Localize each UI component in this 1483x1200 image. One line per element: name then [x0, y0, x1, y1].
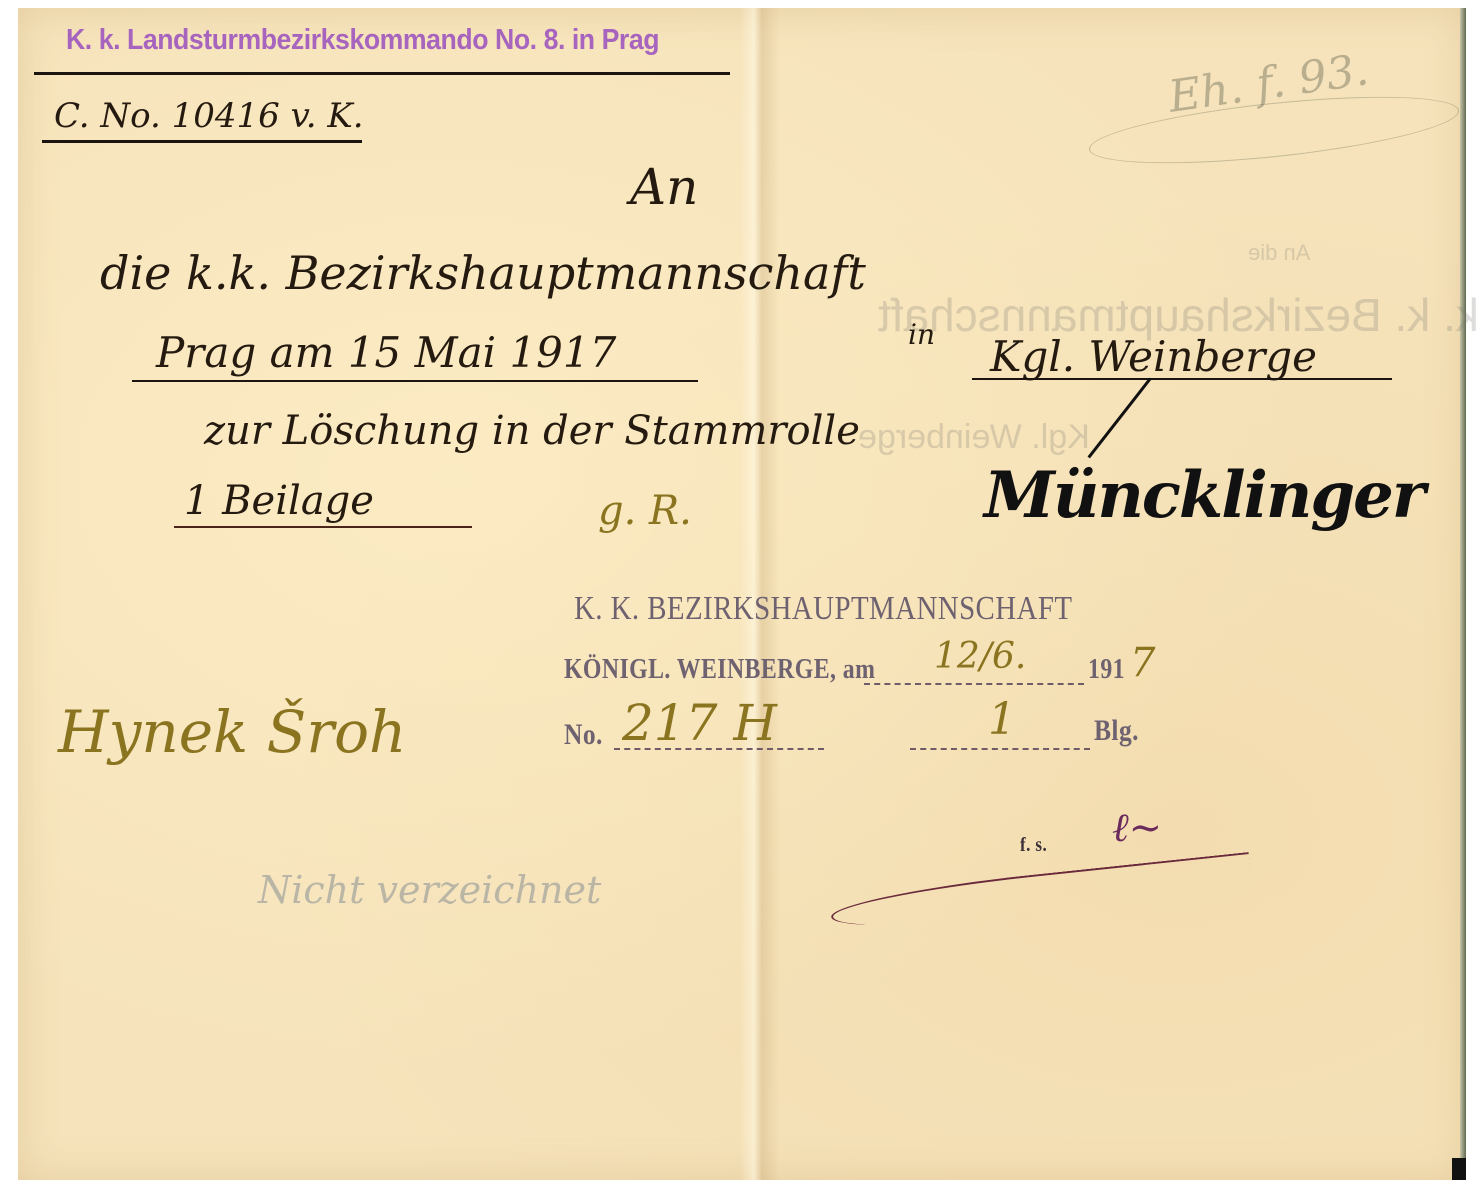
- attachment-underline: [174, 526, 472, 528]
- place: Kgl. Weinberge: [990, 332, 1317, 381]
- date-line: Prag am 15 Mai 1917: [156, 328, 616, 377]
- reference-number: C. No. 10416 v. K.: [54, 96, 364, 136]
- signature-flourish: [829, 852, 1253, 938]
- receipt-attachments-suffix: Blg.: [1094, 714, 1139, 748]
- receipt-number: 217 H: [622, 694, 777, 752]
- fs-label: f. s.: [1020, 834, 1047, 857]
- initials: g. R.: [598, 488, 692, 534]
- bleed-through-line3: Kgl. Weinberge: [858, 418, 1090, 457]
- commander-signature: Müncklinger: [984, 458, 1424, 533]
- receipt-stamp-line2: KÖNIGL. WEINBERGE, am: [564, 654, 875, 686]
- salutation: An: [630, 158, 698, 216]
- attachments-dotted-line: [910, 748, 1090, 750]
- place-underline: [972, 378, 1392, 380]
- header-rule: [34, 72, 730, 75]
- subject-line: zur Löschung in der Stammrolle: [204, 408, 860, 454]
- purple-signature: ℓ∼: [1112, 804, 1162, 851]
- page-edge: [1460, 8, 1466, 1180]
- date-underline: [132, 380, 698, 382]
- command-stamp: K. k. Landsturmbezirkskommando No. 8. in…: [66, 24, 659, 57]
- receipt-stamp-line1: K. K. BEZIRKSHAUPTMANNSCHAFT: [574, 590, 1072, 628]
- date-dotted-line: [864, 683, 1084, 685]
- recipient: die k.k. Bezirkshauptmannschaft: [100, 246, 866, 300]
- pencil-note: Nicht verzeichnet: [258, 868, 601, 912]
- reference-underline: [42, 140, 362, 143]
- receipt-attachments: 1: [988, 694, 1016, 745]
- signature-left: Hynek Šroh: [58, 698, 406, 766]
- receipt-year-printed: 191: [1088, 654, 1125, 686]
- signature-check-stroke: [1088, 378, 1152, 459]
- receipt-number-prefix: No.: [564, 718, 603, 752]
- bleed-through-line1: An die: [1248, 240, 1310, 266]
- in-word: in: [908, 318, 935, 351]
- receipt-year-handwritten: 7: [1130, 640, 1155, 686]
- document-page: An die k. k. Bezirkshauptmannschaft Kgl.…: [18, 8, 1466, 1180]
- receipt-date: 12/6.: [934, 636, 1026, 677]
- attachment-count: 1 Beilage: [184, 478, 374, 524]
- scan-corner: [1452, 1158, 1466, 1180]
